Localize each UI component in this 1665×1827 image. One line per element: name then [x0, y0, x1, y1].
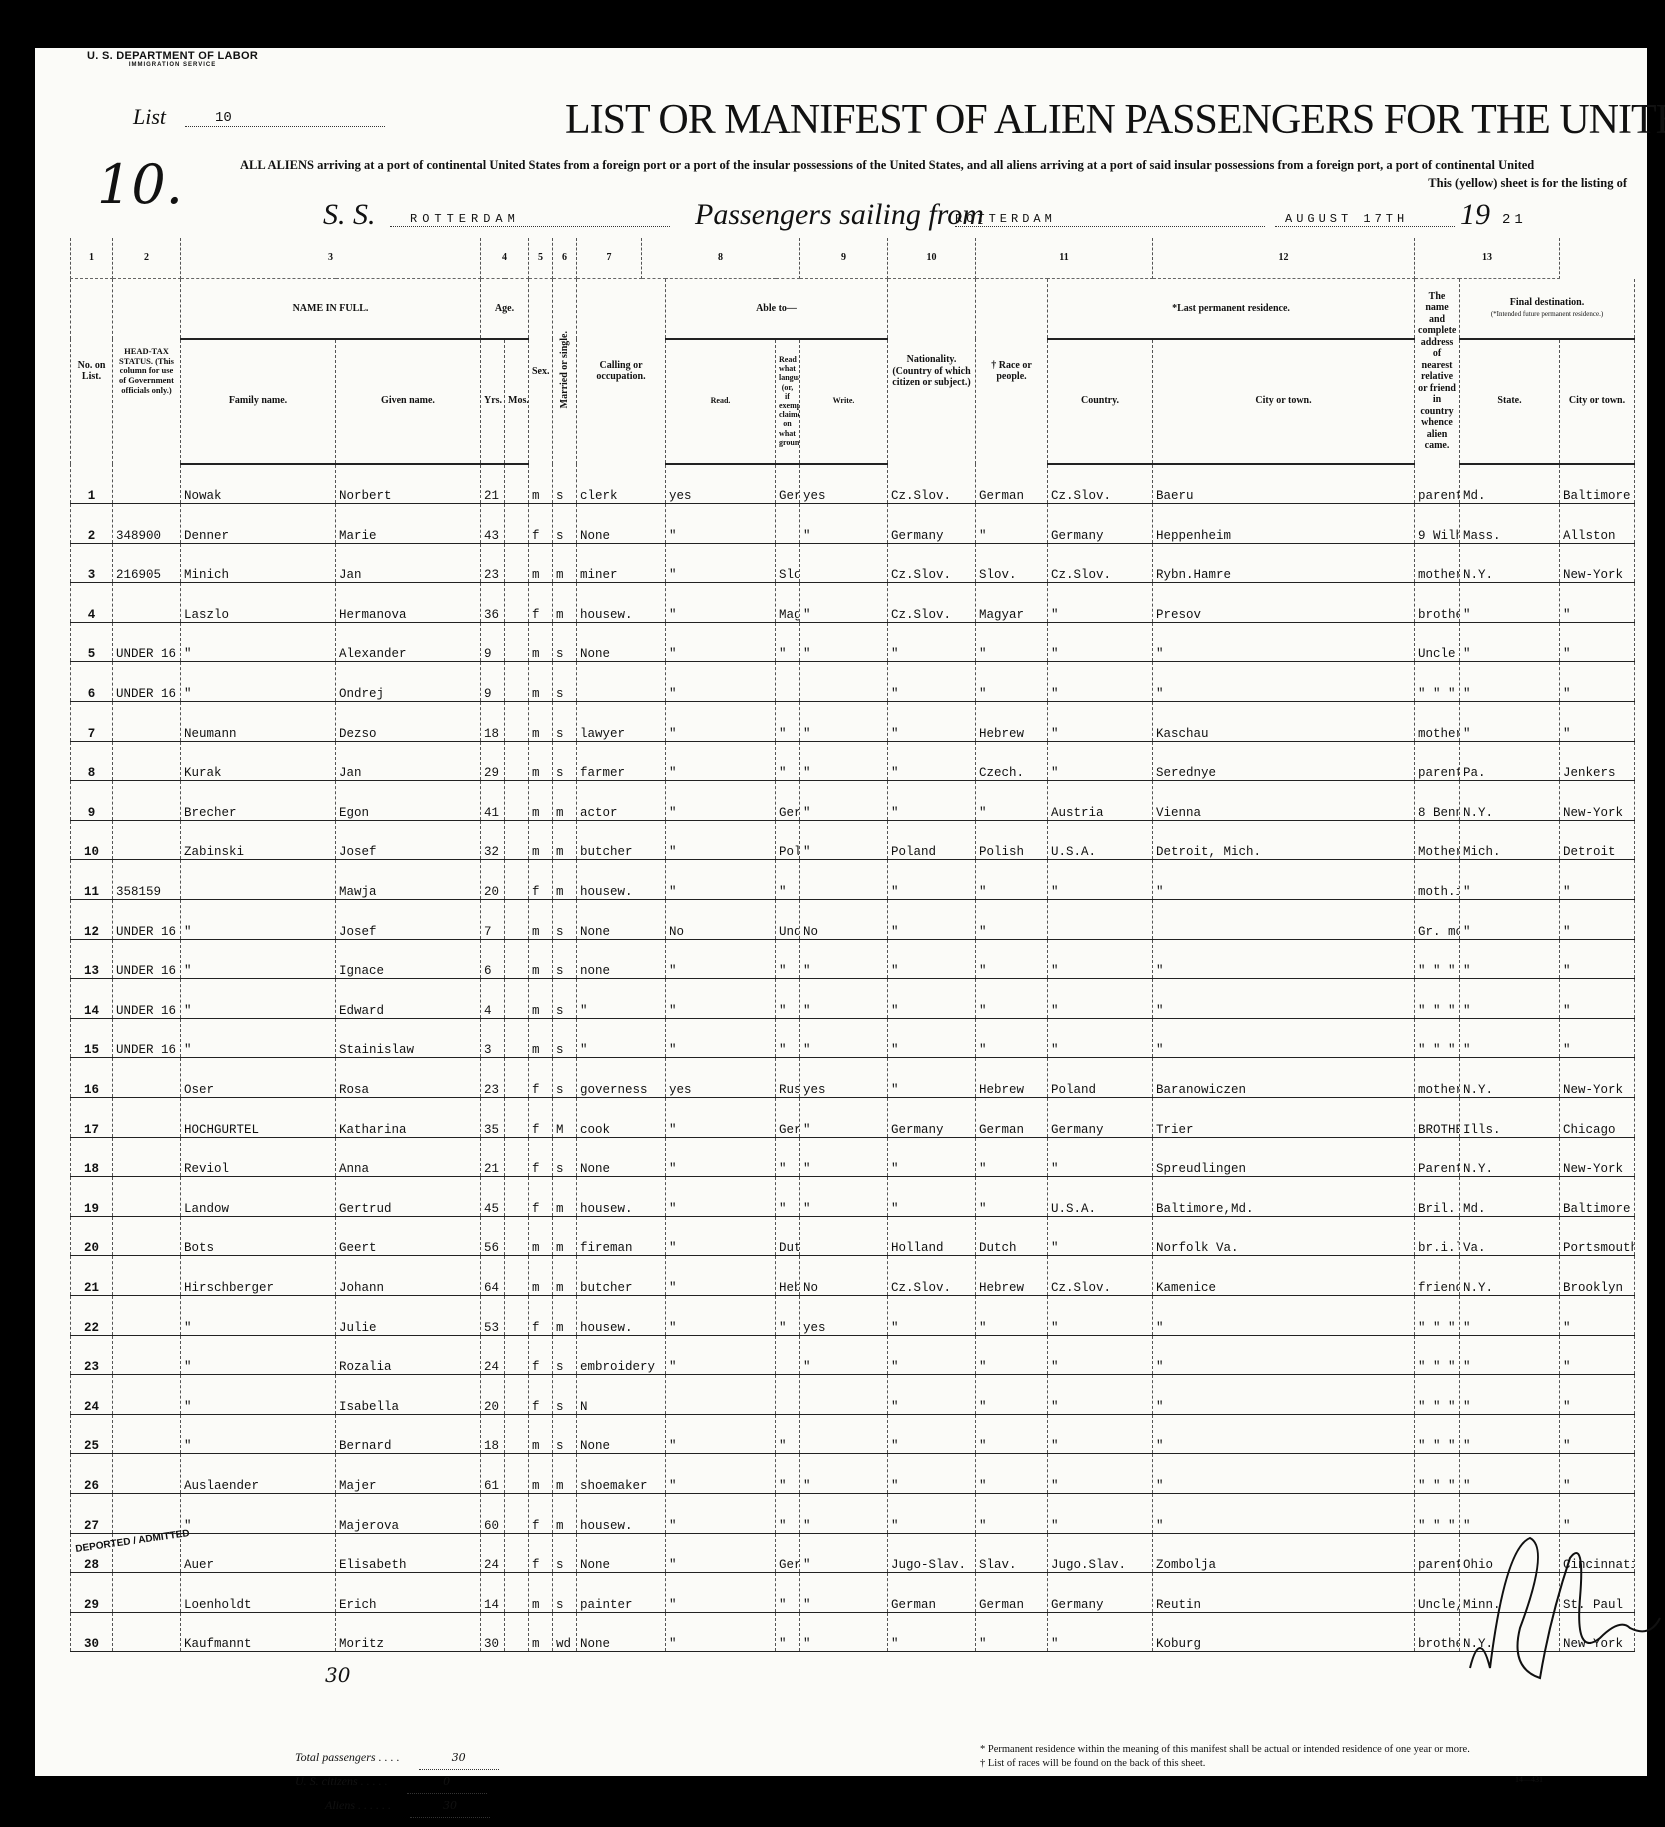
header-married: Married or single.: [553, 279, 577, 464]
row-number: 9: [71, 781, 113, 821]
language-cell: ": [776, 979, 800, 1019]
race-cell: Hebrew: [976, 1058, 1048, 1098]
residence-country-cell: Cz.Slov.: [1048, 464, 1153, 504]
residence-city-cell: Spreudlingen: [1153, 1137, 1415, 1177]
write-cell: ": [800, 1137, 888, 1177]
head-tax-cell: UNDER 16: [113, 979, 181, 1019]
marital-cell: s: [553, 1335, 577, 1375]
header-sex-label: Sex.: [532, 366, 550, 377]
ship-name: ROTTERDAM: [390, 212, 670, 227]
page-title: LIST OR MANIFEST OF ALIEN PASSENGERS FOR…: [565, 96, 1665, 144]
read-cell: ": [666, 662, 776, 702]
row-number: 2: [71, 504, 113, 544]
language-cell: ": [776, 1414, 800, 1454]
write-cell: yes: [800, 1058, 888, 1098]
dest-state-cell: ": [1460, 1454, 1560, 1494]
sex-cell: f: [529, 583, 553, 623]
family-name-cell: Nowak: [181, 464, 336, 504]
relative-cell: br.i.l. W.de Boer, Spanjaard str. 103 Ro…: [1415, 1216, 1460, 1256]
dest-state-cell: ": [1460, 622, 1560, 662]
language-cell: ": [776, 1573, 800, 1613]
race-cell: Hebrew: [976, 1256, 1048, 1296]
occupation-cell: butcher: [577, 1256, 666, 1296]
nationality-cell: Cz.Slov.: [888, 464, 976, 504]
row-number: 19: [71, 1177, 113, 1217]
sex-cell: m: [529, 1256, 553, 1296]
marital-cell: m: [553, 1177, 577, 1217]
nationality-cell: ": [888, 781, 976, 821]
header-relative: The name and complete address of nearest…: [1415, 279, 1460, 464]
handwritten-row-total: 30: [325, 1663, 350, 1687]
residence-country-cell: ": [1048, 1612, 1153, 1652]
nationality-cell: ": [888, 662, 976, 702]
relative-cell: parents, A.Kurak, Serednye No. 77. L.P. …: [1415, 741, 1460, 781]
residence-city-cell: Detroit, Mich.: [1153, 820, 1415, 860]
write-cell: ": [800, 781, 888, 821]
header-read-language: Read what language (or, if exemption cla…: [776, 339, 800, 464]
family-name-cell: Neumann: [181, 702, 336, 742]
footnote-residence: * Permanent residence within the meaning…: [980, 1743, 1470, 1757]
residence-country-cell: ": [1048, 1414, 1153, 1454]
relative-cell: Bril. Mr. Jansen, Wieland-str. 10 Charlo…: [1415, 1177, 1460, 1217]
header-group-row: No. on List. HEAD-TAX STATUS. (This colu…: [71, 279, 1635, 339]
age-yrs-cell: 6: [481, 939, 505, 979]
marital-cell: m: [553, 1493, 577, 1533]
dest-city-cell: ": [1560, 939, 1635, 979]
residence-city-cell: Rybn.Hamre: [1153, 543, 1415, 583]
write-cell: yes: [800, 464, 888, 504]
relative-cell: Parents, W.Reviol! Spreudlingen Kr. Offe…: [1415, 1137, 1460, 1177]
residence-country-cell: ": [1048, 1137, 1153, 1177]
read-cell: No: [666, 900, 776, 940]
dest-city-cell: ": [1560, 1295, 1635, 1335]
sex-cell: f: [529, 1098, 553, 1138]
dest-city-cell: ": [1560, 979, 1635, 1019]
write-cell: ": [800, 1098, 888, 1138]
relative-cell: parents, M r &Mrs.Auer, Lenaugasse 426 Z…: [1415, 1533, 1460, 1573]
marital-cell: m: [553, 1454, 577, 1494]
age-yrs-cell: 43: [481, 504, 505, 544]
residence-country-cell: Germany: [1048, 504, 1153, 544]
race-cell: ": [976, 1018, 1048, 1058]
write-cell: No: [800, 1256, 888, 1296]
head-tax-cell: UNDER 16: [113, 622, 181, 662]
language-cell: Underage: [776, 900, 800, 940]
us-citizens: U. S. citizens . . . . . 0: [295, 1770, 499, 1794]
col-num: 1: [71, 238, 113, 279]
language-cell: ": [776, 1454, 800, 1494]
family-name-cell: Brecher: [181, 781, 336, 821]
dest-city-cell: Brooklyn: [1560, 1256, 1635, 1296]
family-name-cell: Oser: [181, 1058, 336, 1098]
nationality-cell: ": [888, 622, 976, 662]
residence-country-cell: Cz.Slov.: [1048, 1256, 1153, 1296]
marital-cell: s: [553, 1137, 577, 1177]
table-row: 14UNDER 16"Edward4ms""""""""" " """: [71, 979, 1635, 1019]
nationality-cell: ": [888, 1414, 976, 1454]
marital-cell: m: [553, 1216, 577, 1256]
relative-cell: brother, E.Reichero, z.Sariska Presov.: [1415, 583, 1460, 623]
nationality-cell: ": [888, 1612, 976, 1652]
language-cell: Russian: [776, 1058, 800, 1098]
marital-cell: s: [553, 741, 577, 781]
dest-city-cell: New-York: [1560, 1137, 1635, 1177]
nationality-cell: ": [888, 900, 976, 940]
write-cell: ": [800, 1177, 888, 1217]
residence-city-cell: Vienna: [1153, 781, 1415, 821]
occupation-cell: embroidery: [577, 1335, 666, 1375]
instruction-line: ALL ALIENS arriving at a port of contine…: [240, 158, 1534, 173]
read-cell: ": [666, 1256, 776, 1296]
relative-cell: brother, S.Kaufmann, Bahnhof-str, 25a, K…: [1415, 1612, 1460, 1652]
given-name-cell: Julie: [336, 1295, 481, 1335]
dest-state-cell: ": [1460, 939, 1560, 979]
nationality-cell: ": [888, 1058, 976, 1098]
instruction-line-2: This (yellow) sheet is for the listing o…: [1428, 176, 1627, 191]
residence-country-cell: ": [1048, 622, 1153, 662]
residence-city-cell: Koburg: [1153, 1612, 1415, 1652]
row-number: 26: [71, 1454, 113, 1494]
relative-cell: " " ": [1415, 1454, 1460, 1494]
table-row: 20BotsGeert56mmfireman"DutchHollandDutch…: [71, 1216, 1635, 1256]
marital-cell: m: [553, 1295, 577, 1335]
family-name-cell: Kaufmannt: [181, 1612, 336, 1652]
dest-state-cell: N.Y.: [1460, 1256, 1560, 1296]
read-cell: ": [666, 1295, 776, 1335]
race-cell: Dutch: [976, 1216, 1048, 1256]
table-row: 25"Bernard18msNone""""""" " """: [71, 1414, 1635, 1454]
head-tax-cell: UNDER 16: [113, 1018, 181, 1058]
dest-city-cell: Baltimore: [1560, 1177, 1635, 1217]
race-cell: German: [976, 464, 1048, 504]
age-mos-cell: [505, 1256, 529, 1296]
family-name-cell: HOCHGURTEL: [181, 1098, 336, 1138]
nationality-cell: Cz.Slov.: [888, 543, 976, 583]
relative-cell: friend, J. Moskovitch, Kamenice: [1415, 1256, 1460, 1296]
marital-cell: m: [553, 820, 577, 860]
year-suffix: 21: [1502, 212, 1527, 228]
given-name-cell: Majer: [336, 1454, 481, 1494]
age-mos-cell: [505, 1177, 529, 1217]
relative-cell: " " ": [1415, 662, 1460, 702]
marital-cell: m: [553, 543, 577, 583]
residence-country-cell: U.S.A.: [1048, 1177, 1153, 1217]
total-passengers: Total passengers . . . . 30: [295, 1746, 499, 1770]
marital-cell: M: [553, 1098, 577, 1138]
relative-cell: " " ": [1415, 1335, 1460, 1375]
occupation-cell: [577, 662, 666, 702]
head-tax-cell: [113, 1177, 181, 1217]
header-dest-city: City or town.: [1560, 339, 1635, 464]
given-name-cell: Jan: [336, 741, 481, 781]
row-number: 7: [71, 702, 113, 742]
write-cell: ": [800, 1612, 888, 1652]
relative-cell: " " ": [1415, 1414, 1460, 1454]
nationality-cell: ": [888, 741, 976, 781]
race-cell: Hebrew: [976, 702, 1048, 742]
dest-state-cell: ": [1460, 1375, 1560, 1415]
head-tax-cell: [113, 781, 181, 821]
head-tax-cell: UNDER 16: [113, 662, 181, 702]
family-name-cell: ": [181, 1335, 336, 1375]
sex-cell: f: [529, 1137, 553, 1177]
table-row: 7NeumannDezso18mslawyer""""Hebrew"Kascha…: [71, 702, 1635, 742]
col-num: 8: [642, 238, 800, 279]
family-name-cell: Reviol: [181, 1137, 336, 1177]
age-yrs-cell: 20: [481, 860, 505, 900]
dest-city-cell: New-York: [1560, 543, 1635, 583]
occupation-cell: cook: [577, 1098, 666, 1138]
marital-cell: s: [553, 662, 577, 702]
read-cell: ": [666, 583, 776, 623]
sex-cell: m: [529, 1454, 553, 1494]
language-cell: ": [776, 1295, 800, 1335]
sex-cell: m: [529, 662, 553, 702]
occupation-cell: None: [577, 1612, 666, 1652]
language-cell: ": [776, 860, 800, 900]
family-name-cell: [181, 860, 336, 900]
age-yrs-cell: 23: [481, 543, 505, 583]
row-number: 29: [71, 1573, 113, 1613]
residence-country-cell: ": [1048, 979, 1153, 1019]
given-name-cell: Alexander: [336, 622, 481, 662]
dest-city-cell: ": [1560, 900, 1635, 940]
residence-city-cell: Serednye: [1153, 741, 1415, 781]
occupation-cell: N: [577, 1375, 666, 1415]
inspector-signature-icon: [1460, 1528, 1665, 1698]
write-cell: ": [800, 979, 888, 1019]
race-cell: ": [976, 781, 1048, 821]
residence-country-cell: ": [1048, 939, 1153, 979]
occupation-cell: ": [577, 1018, 666, 1058]
given-name-cell: Hermanova: [336, 583, 481, 623]
write-cell: [800, 662, 888, 702]
department-header: U. S. DEPARTMENT OF LABOR IMMIGRATION SE…: [87, 50, 258, 68]
header-name-in-full: NAME IN FULL.: [181, 279, 481, 339]
occupation-cell: None: [577, 900, 666, 940]
nationality-cell: Germany: [888, 504, 976, 544]
language-cell: German: [776, 1533, 800, 1573]
race-cell: German: [976, 1573, 1048, 1613]
row-number: 24: [71, 1375, 113, 1415]
row-number: 6: [71, 662, 113, 702]
language-cell: ": [776, 939, 800, 979]
language-cell: German: [776, 781, 800, 821]
relative-cell: Mother, M.Zabinski, Ohotnica, Poland.: [1415, 820, 1460, 860]
age-mos-cell: [505, 1295, 529, 1335]
given-name-cell: Stainislaw: [336, 1018, 481, 1058]
relative-cell: 8 Benno Gasse Vienna. mother: Mrs. Brech…: [1415, 781, 1460, 821]
header-mos: Mos.: [505, 339, 529, 464]
table-row: 19LandowGertrud45fmhousew."""""U.S.A.Bal…: [71, 1177, 1635, 1217]
family-name-cell: Hirschberger: [181, 1256, 336, 1296]
occupation-cell: none: [577, 939, 666, 979]
marital-cell: s: [553, 939, 577, 979]
language-cell: ": [776, 741, 800, 781]
read-cell: ": [666, 1098, 776, 1138]
col-num: 10: [888, 238, 976, 279]
table-row: 15UNDER 16"Stainislaw3ms""""""""" " """: [71, 1018, 1635, 1058]
race-cell: Czech.: [976, 741, 1048, 781]
given-name-cell: Mawja: [336, 860, 481, 900]
dest-state-cell: ": [1460, 583, 1560, 623]
dest-state-cell: ": [1460, 1335, 1560, 1375]
occupation-cell: fireman: [577, 1216, 666, 1256]
table-row: 11358159Mawja20fmhousew.""""""moth.i.l. …: [71, 860, 1635, 900]
header-city: City or town.: [1153, 339, 1415, 464]
marital-cell: m: [553, 860, 577, 900]
dest-city-cell: New-York: [1560, 1058, 1635, 1098]
given-name-cell: Jan: [336, 543, 481, 583]
sex-cell: m: [529, 1216, 553, 1256]
dest-state-cell: Md.: [1460, 1177, 1560, 1217]
read-cell: ": [666, 1018, 776, 1058]
age-mos-cell: [505, 662, 529, 702]
head-tax-cell: 348900: [113, 504, 181, 544]
read-cell: ": [666, 504, 776, 544]
occupation-cell: None: [577, 622, 666, 662]
nationality-cell: Jugo-Slav.: [888, 1533, 976, 1573]
dest-city-cell: ": [1560, 1018, 1635, 1058]
residence-city-cell: ": [1153, 622, 1415, 662]
age-yrs-cell: 29: [481, 741, 505, 781]
age-mos-cell: [505, 1375, 529, 1415]
relative-cell: parents, F.Nowak, Langegasse 6 Baeru, Cz…: [1415, 464, 1460, 504]
residence-country-cell: ": [1048, 1493, 1153, 1533]
sex-cell: f: [529, 1295, 553, 1335]
sex-cell: m: [529, 781, 553, 821]
row-number: 14: [71, 979, 113, 1019]
list-label: List: [133, 104, 166, 130]
dest-state-cell: ": [1460, 1018, 1560, 1058]
dest-state-cell: Mich.: [1460, 820, 1560, 860]
table-row: 4LaszloHermanova36fmhousew."Magyar"Cz.Sl…: [71, 583, 1635, 623]
age-mos-cell: [505, 900, 529, 940]
race-cell: Magyar: [976, 583, 1048, 623]
table-row: 30KaufmanntMoritz30mwdNone""""""Koburgbr…: [71, 1612, 1635, 1652]
age-mos-cell: [505, 1414, 529, 1454]
given-name-cell: Erich: [336, 1573, 481, 1613]
family-name-cell: ": [181, 622, 336, 662]
age-mos-cell: [505, 1493, 529, 1533]
occupation-cell: None: [577, 504, 666, 544]
col-num: 9: [800, 238, 888, 279]
col-num: 6: [553, 238, 577, 279]
column-number-row: 1 2 3 4 5 6 7 8 9 10 11 12 13: [71, 238, 1635, 279]
age-yrs-cell: 18: [481, 702, 505, 742]
dest-city-cell: ": [1560, 622, 1635, 662]
read-cell: ": [666, 702, 776, 742]
residence-city-cell: ": [1153, 1414, 1415, 1454]
write-cell: [800, 1216, 888, 1256]
language-cell: Dutch: [776, 1216, 800, 1256]
table-row: 10ZabinskiJosef32mmbutcher"Polish"Poland…: [71, 820, 1635, 860]
residence-country-cell: ": [1048, 1335, 1153, 1375]
row-number: 4: [71, 583, 113, 623]
nationality-cell: ": [888, 1137, 976, 1177]
row-number: 22: [71, 1295, 113, 1335]
age-yrs-cell: 36: [481, 583, 505, 623]
relative-cell: " " ": [1415, 1493, 1460, 1533]
language-cell: ": [776, 1493, 800, 1533]
sex-cell: m: [529, 1018, 553, 1058]
row-number: 10: [71, 820, 113, 860]
dest-state-cell: ": [1460, 662, 1560, 702]
table-row: 5UNDER 16"Alexander9msNone"""""""Uncle "…: [71, 622, 1635, 662]
age-yrs-cell: 41: [481, 781, 505, 821]
marital-cell: s: [553, 504, 577, 544]
head-tax-cell: [113, 1573, 181, 1613]
table-row: 23"Rozalia24fsembroidery""""""" " """: [71, 1335, 1635, 1375]
dest-city-cell: ": [1560, 1335, 1635, 1375]
residence-city-cell: Trier: [1153, 1098, 1415, 1138]
relative-cell: mother, Mr. A.Neumann, Haupt-gasse 16, K…: [1415, 702, 1460, 742]
table-row: 18ReviolAnna21fsNone""""""SpreudlingenPa…: [71, 1137, 1635, 1177]
year-prefix: 19: [1460, 198, 1490, 232]
race-cell: ": [976, 1493, 1048, 1533]
family-name-cell: ": [181, 1493, 336, 1533]
relative-cell: 9 Wilhelm st. Heppenheim - Bergstr. Moth…: [1415, 504, 1460, 544]
given-name-cell: Isabella: [336, 1375, 481, 1415]
dest-state-cell: N.Y.: [1460, 781, 1560, 821]
family-name-cell: ": [181, 1018, 336, 1058]
family-name-cell: ": [181, 939, 336, 979]
age-mos-cell: [505, 1533, 529, 1573]
table-row: 6UNDER 16"Ondrej9ms"""""" " """: [71, 662, 1635, 702]
age-mos-cell: [505, 1454, 529, 1494]
sex-cell: m: [529, 900, 553, 940]
total-passengers-label: Total passengers: [295, 1750, 376, 1764]
write-cell: ": [800, 820, 888, 860]
race-cell: ": [976, 504, 1048, 544]
head-tax-cell: UNDER 16: [113, 939, 181, 979]
header-sex: Sex.: [529, 279, 553, 464]
nationality-cell: ": [888, 860, 976, 900]
read-cell: ": [666, 939, 776, 979]
nationality-cell: ": [888, 979, 976, 1019]
age-mos-cell: [505, 781, 529, 821]
table-row: 28AuerElisabeth24fsNone"German"Jugo-Slav…: [71, 1533, 1635, 1573]
read-cell: ": [666, 1137, 776, 1177]
nationality-cell: Holland: [888, 1216, 976, 1256]
relative-cell: Gr. mother, M.Zabinski, Ohotnica Poland.: [1415, 900, 1460, 940]
row-number: 21: [71, 1256, 113, 1296]
age-mos-cell: [505, 1137, 529, 1177]
read-cell: ": [666, 1493, 776, 1533]
form-code: 14—431: [1515, 1775, 1543, 1784]
dest-city-cell: Jenkers: [1560, 741, 1635, 781]
age-yrs-cell: 3: [481, 1018, 505, 1058]
table-row: 27"Majerova60fmhousew."""""""" " """: [71, 1493, 1635, 1533]
head-tax-cell: [113, 1493, 181, 1533]
age-mos-cell: [505, 1573, 529, 1613]
read-cell: ": [666, 1216, 776, 1256]
relative-cell: mother, K.Oser, Baranowiczen Pol.: [1415, 1058, 1460, 1098]
occupation-cell: actor: [577, 781, 666, 821]
footnotes: * Permanent residence within the meaning…: [980, 1743, 1470, 1771]
dest-state-cell: N.Y.: [1460, 1137, 1560, 1177]
manifest-sheet: U. S. DEPARTMENT OF LABOR IMMIGRATION SE…: [35, 48, 1647, 1776]
family-name-cell: ": [181, 1375, 336, 1415]
nationality-cell: ": [888, 1375, 976, 1415]
age-mos-cell: [505, 979, 529, 1019]
family-name-cell: Auslaender: [181, 1454, 336, 1494]
residence-country-cell: U.S.A.: [1048, 820, 1153, 860]
language-cell: ": [776, 1612, 800, 1652]
write-cell: [800, 1375, 888, 1415]
row-number: 3: [71, 543, 113, 583]
given-name-cell: Norbert: [336, 464, 481, 504]
